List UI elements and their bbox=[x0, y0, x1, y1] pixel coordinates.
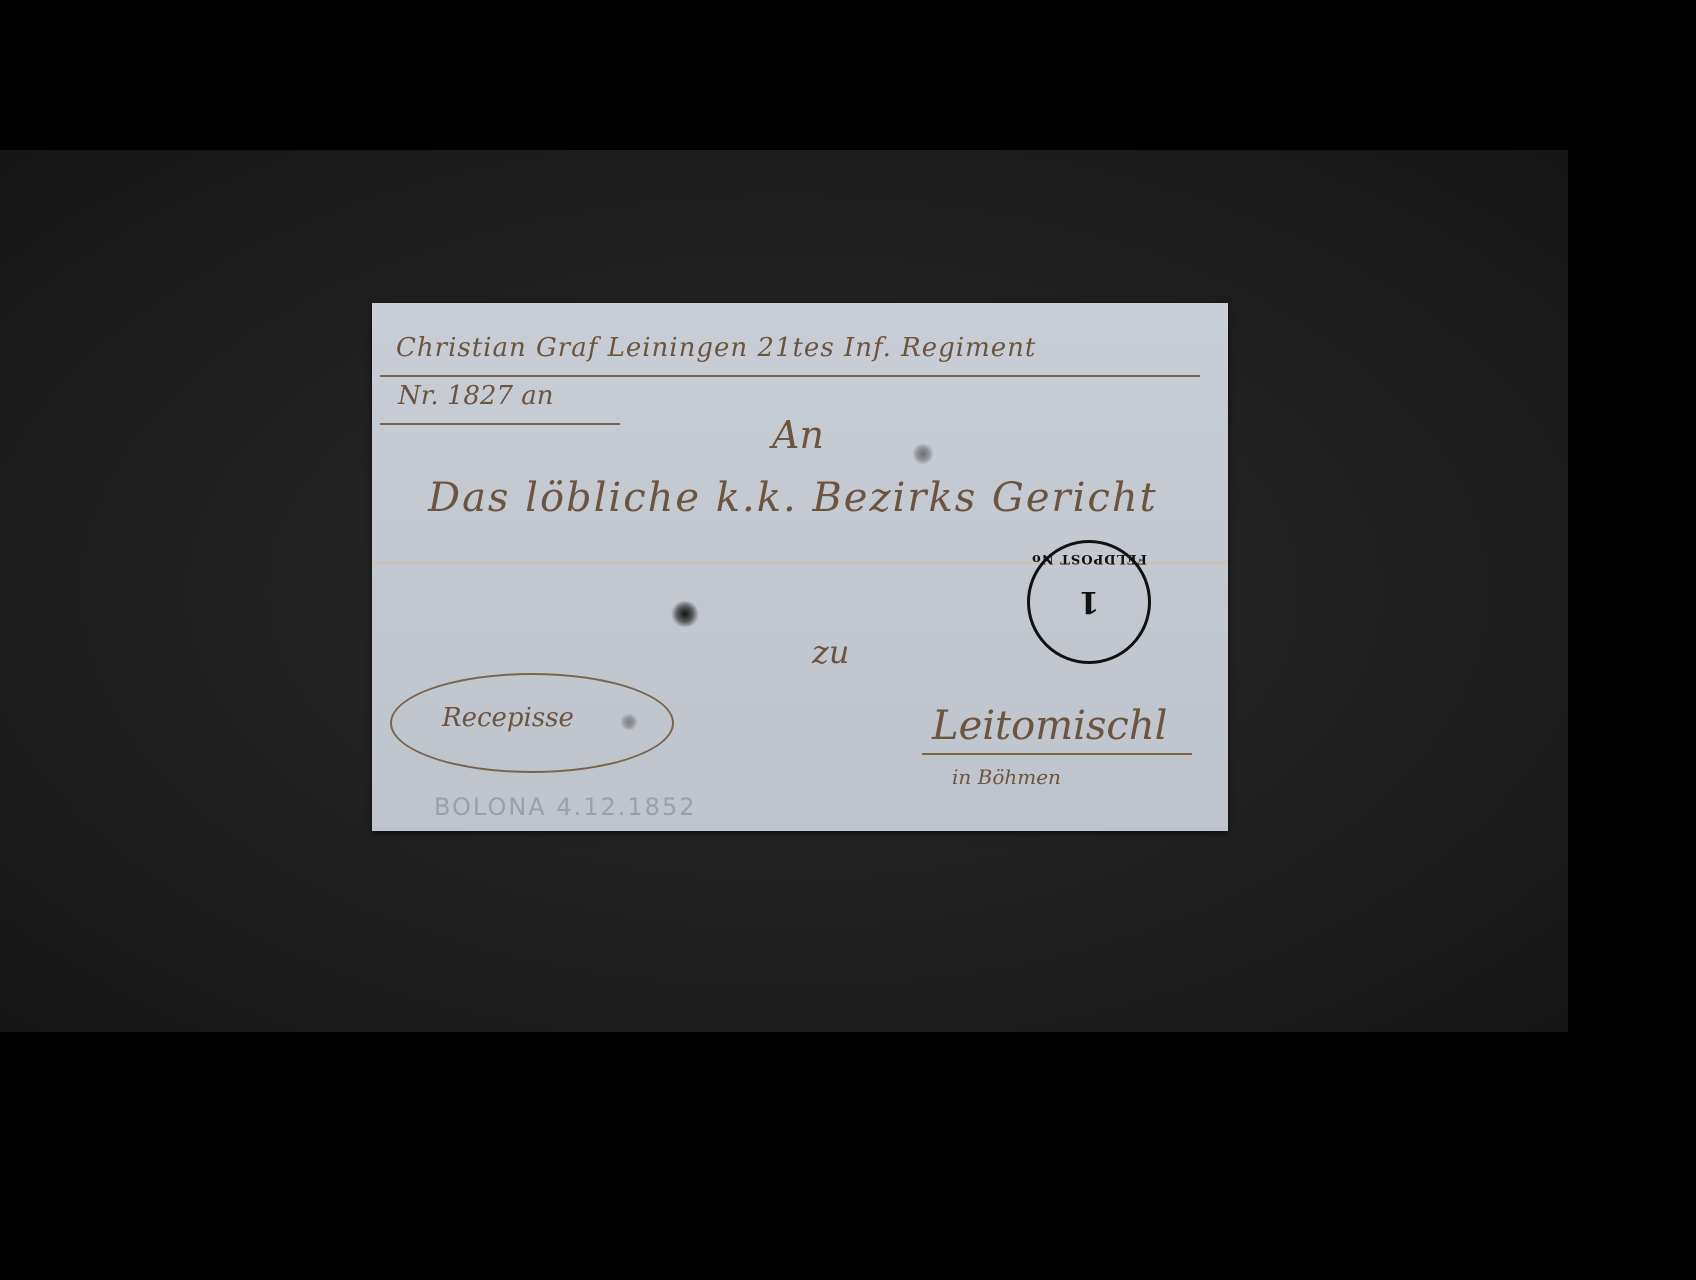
postmark-text: FELDPOST No bbox=[1030, 551, 1148, 566]
sender-number-underline bbox=[380, 423, 620, 425]
region: in Böhmen bbox=[952, 765, 1061, 789]
preposition: zu bbox=[812, 633, 849, 671]
sender-line: Christian Graf Leiningen 21tes Inf. Regi… bbox=[396, 333, 1036, 363]
postmark-number: 1 bbox=[1079, 585, 1100, 620]
destination: Leitomischl bbox=[932, 703, 1167, 749]
pencil-note: BOLONA 4.12.1852 bbox=[434, 793, 696, 821]
ink-spot bbox=[912, 443, 934, 465]
destination-underline bbox=[922, 753, 1192, 755]
postmark-stamp: 1 FELDPOST No bbox=[1027, 540, 1151, 664]
sender-underline bbox=[380, 375, 1200, 377]
endorsement: Recepisse bbox=[442, 703, 574, 733]
sender-number: Nr. 1827 an bbox=[398, 381, 554, 411]
ink-blot bbox=[670, 601, 700, 627]
ink-spot bbox=[620, 713, 638, 731]
folded-letter-cover: Christian Graf Leiningen 21tes Inf. Regi… bbox=[372, 303, 1228, 831]
salutation: An bbox=[772, 413, 824, 457]
addressee: Das löbliche k.k. Bezirks Gericht bbox=[428, 475, 1158, 521]
